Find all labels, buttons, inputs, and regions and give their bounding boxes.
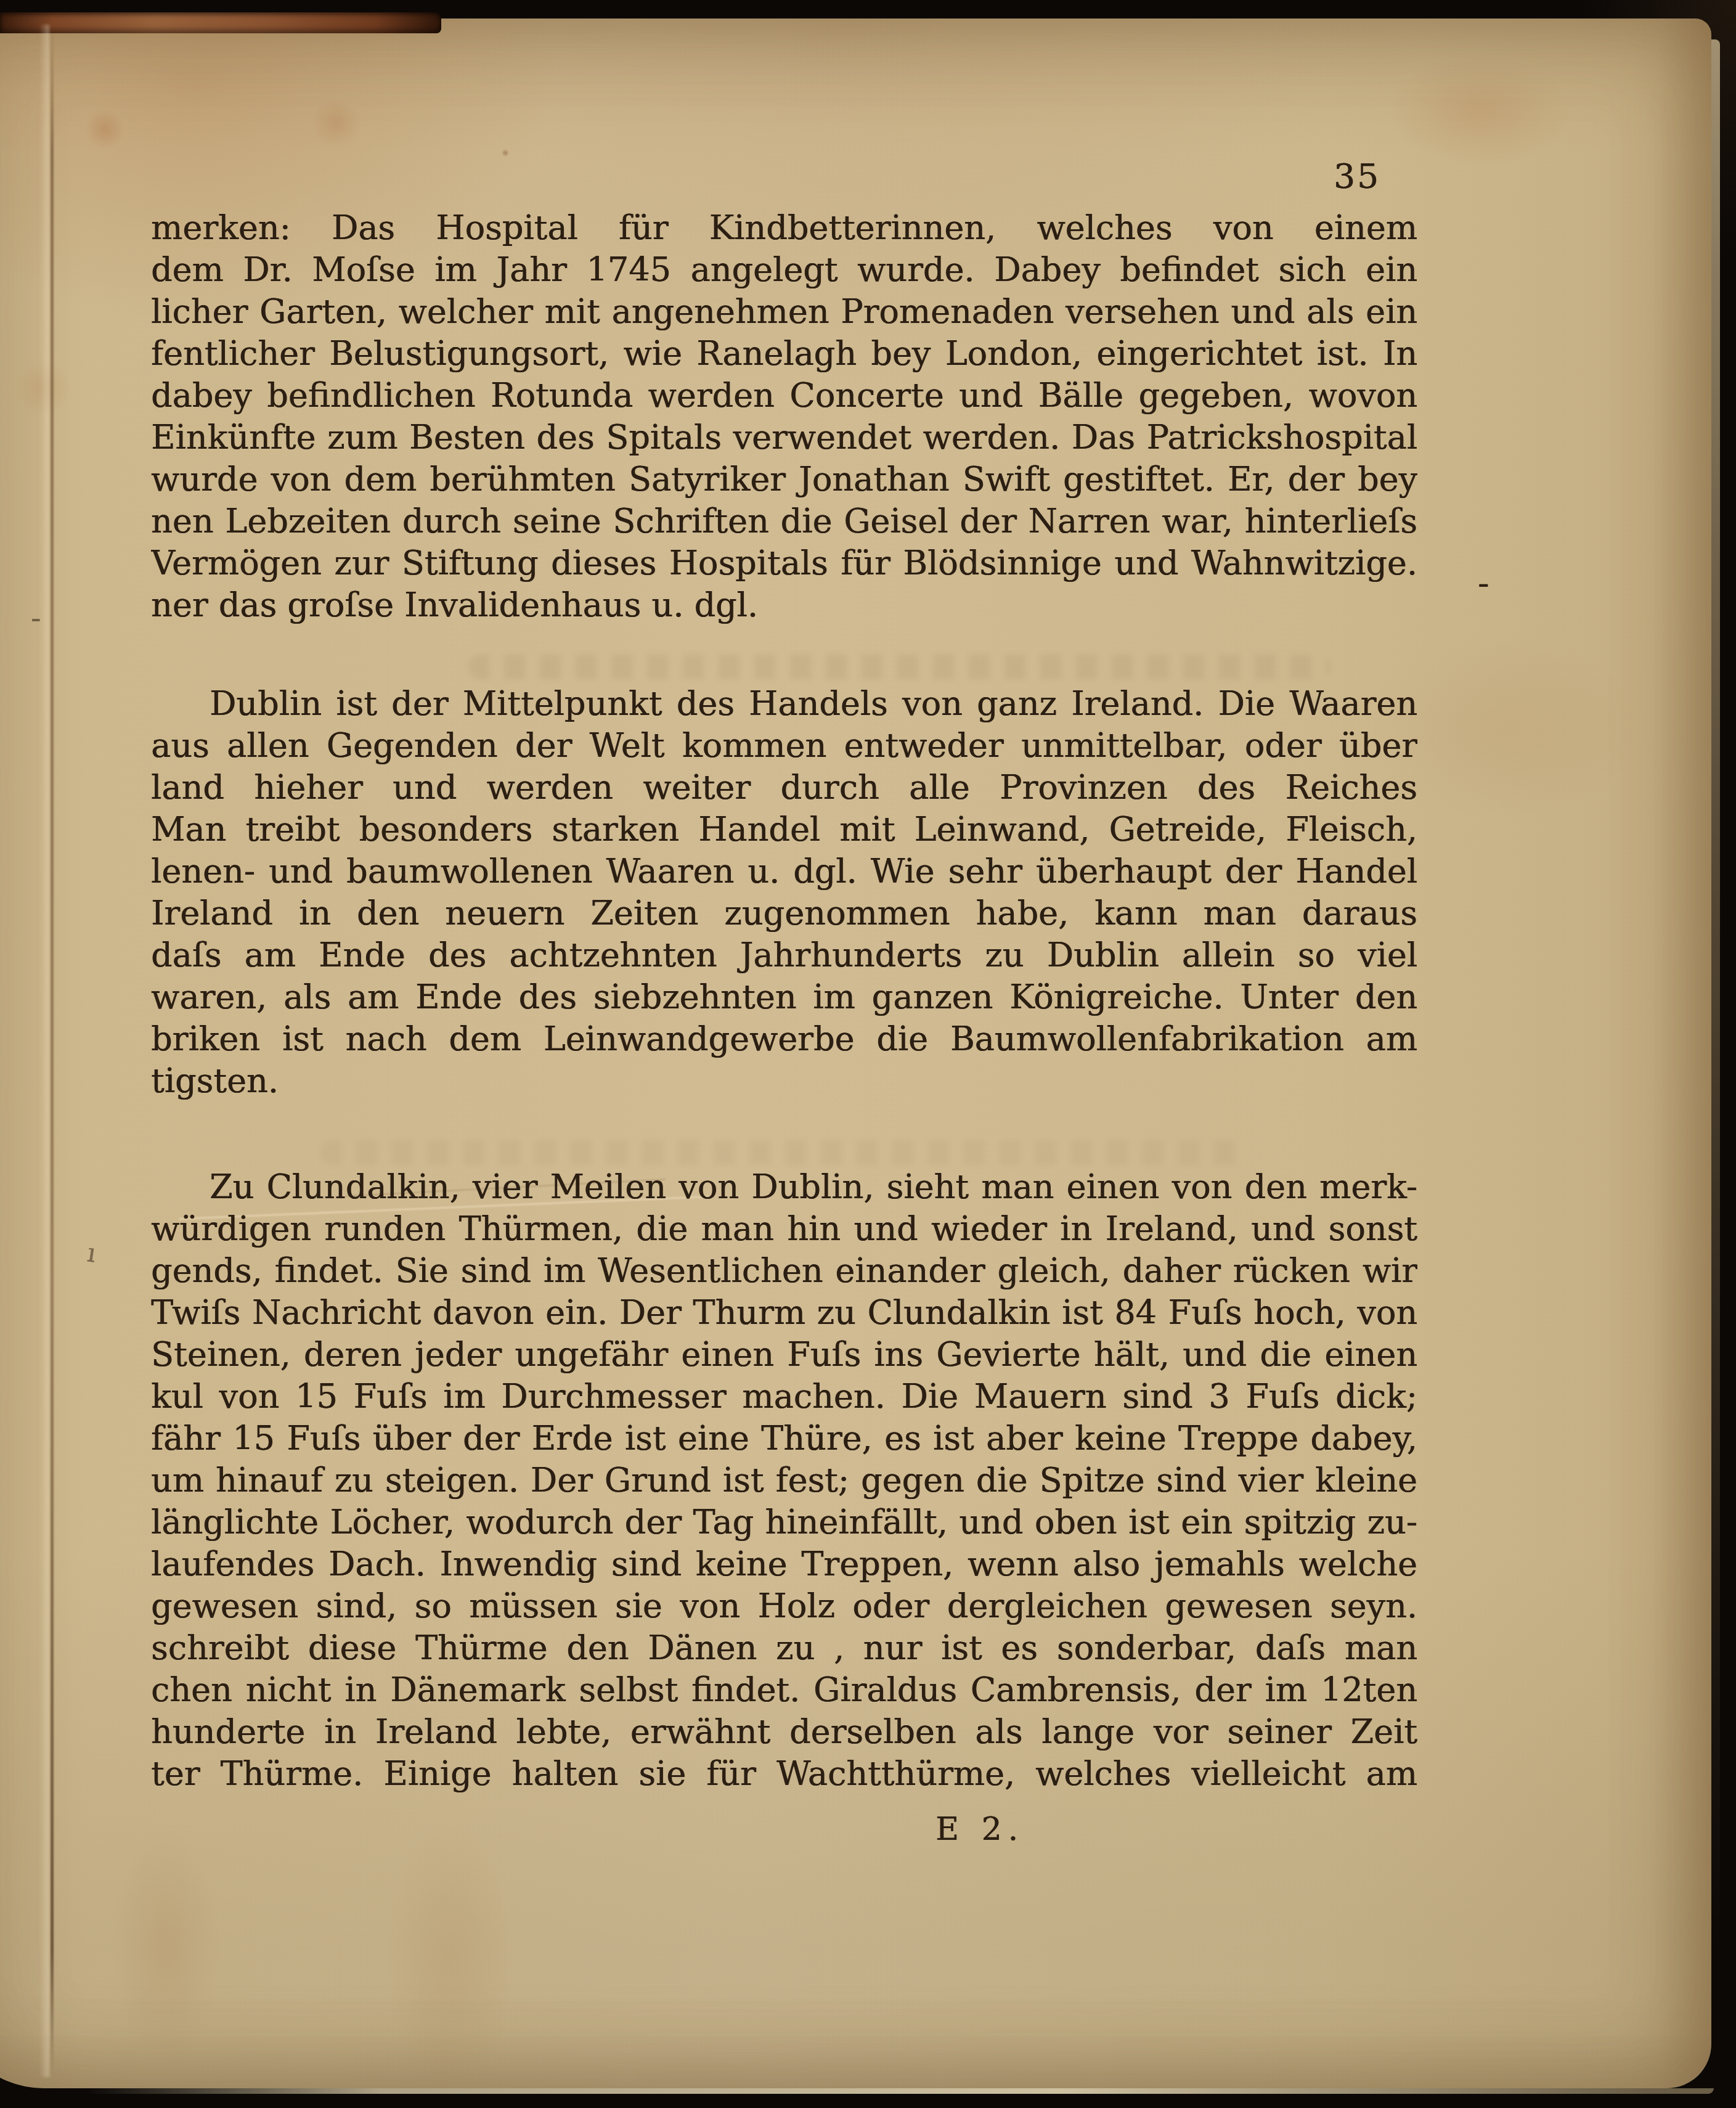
text-line: ter Thürme. Einige halten sie für Wachtt… xyxy=(151,1753,1417,1795)
signature-mark: E 2. xyxy=(900,1811,1060,1848)
paragraph: merken: Das Hospital für Kindbetterinnen… xyxy=(151,207,1417,626)
text-line: würdigen runden Thürmen, die man hin und… xyxy=(151,1208,1417,1250)
book-scan: 35 merken: Das Hospital für Kindbetterin… xyxy=(0,0,1736,2108)
text-line: Twiſs Nachricht davon ein. Der Thurm zu … xyxy=(151,1292,1417,1334)
text-line: land hieher und werden weiter durch alle… xyxy=(151,767,1417,809)
text-line: merken: Das Hospital für Kindbetterinnen… xyxy=(151,207,1417,249)
text-line: schreibt diese Thürme den Dänen zu , nur… xyxy=(151,1627,1417,1669)
text-line: Steinen, deren jeder ungefähr einen Fuſs… xyxy=(151,1334,1417,1376)
text-line: Vermögen zur Stiftung dieses Hospitals f… xyxy=(151,542,1417,584)
text-line: gewesen sind, so müssen sie von Holz ode… xyxy=(151,1585,1417,1627)
text-line: daſs am Ende des achtzehnten Jahrhundert… xyxy=(151,934,1417,976)
stray-ink-mark: - xyxy=(1478,567,1489,600)
text-line: briken ist nach dem Leinwandgewerbe die … xyxy=(151,1018,1417,1060)
text-line: kul von 15 Fuſs im Durchmesser machen. D… xyxy=(151,1376,1417,1418)
text-line: aus allen Gegenden der Welt kommen entwe… xyxy=(151,725,1417,767)
text-line: chen nicht in Dänemark selbst findet. Gi… xyxy=(151,1669,1417,1711)
paragraph: Dublin ist der Mittelpunkt des Handels v… xyxy=(151,683,1417,1102)
text-line: fentlicher Belustigungsort, wie Ranelagh… xyxy=(151,333,1417,375)
text-line: hunderte in Ireland lebte, erwähnt derse… xyxy=(151,1711,1417,1753)
paragraph: Zu Clundalkin, vier Meilen von Dublin, s… xyxy=(151,1166,1417,1795)
text-line: laufendes Dach. Inwendig sind keine Trep… xyxy=(151,1543,1417,1585)
text-line: ner das groſse Invalidenhaus u. dgl. xyxy=(151,584,1417,626)
text-line: Ireland in den neuern Zeiten zugenommen … xyxy=(151,893,1417,934)
text-line: nen Lebzeiten durch seine Schriften die … xyxy=(151,500,1417,542)
book-board-edge xyxy=(0,12,441,33)
text-line: licher Garten, welcher mit angenehmen Pr… xyxy=(151,291,1417,333)
text-line: Dublin ist der Mittelpunkt des Handels v… xyxy=(151,683,1417,725)
text-line: waren, als am Ende des siebzehnten im ga… xyxy=(151,976,1417,1018)
text-block: merken: Das Hospital für Kindbetterinnen… xyxy=(151,207,1417,1795)
gutter-crease-highlight xyxy=(39,25,49,2077)
text-line: gends, findet. Sie sind im Wesentlichen … xyxy=(151,1250,1417,1292)
text-line: tigsten. xyxy=(151,1060,1417,1102)
text-line: Man treibt besonders starken Handel mit … xyxy=(151,809,1417,851)
page-number: 35 xyxy=(1257,158,1380,195)
text-line: dabey befindlichen Rotunda werden Concer… xyxy=(151,375,1417,417)
text-line: Zu Clundalkin, vier Meilen von Dublin, s… xyxy=(151,1166,1417,1208)
stray-ink-mark: - xyxy=(31,602,41,635)
text-line: wurde von dem berühmten Satyriker Jonath… xyxy=(151,459,1417,500)
text-line: Einkünfte zum Besten des Spitals verwend… xyxy=(151,417,1417,459)
text-line: um hinauf zu steigen. Der Grund ist fest… xyxy=(151,1460,1417,1501)
text-line: länglichte Löcher, wodurch der Tag hinei… xyxy=(151,1501,1417,1543)
gutter-crease xyxy=(51,27,54,2073)
text-line: lenen- und baumwollenen Waaren u. dgl. W… xyxy=(151,851,1417,893)
text-line: dem Dr. Moſse im Jahr 1745 angelegt wurd… xyxy=(151,249,1417,291)
text-line: fähr 15 Fuſs über der Erde ist eine Thür… xyxy=(151,1418,1417,1460)
